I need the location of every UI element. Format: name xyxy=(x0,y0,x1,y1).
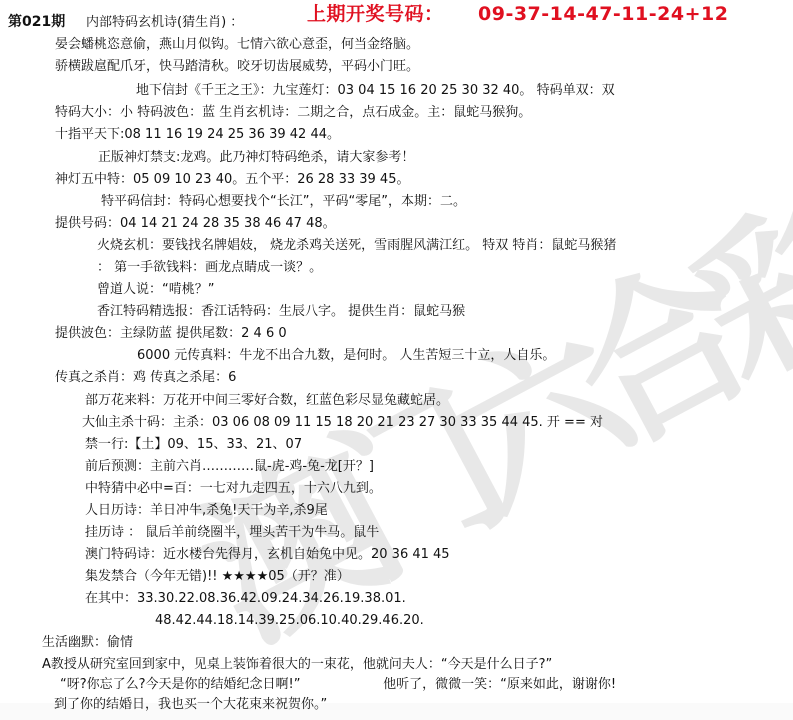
text-line: 澳门特码诗：近水楼台先得月，玄机自始兔中见。20 36 41 45 xyxy=(85,546,450,566)
humor-line: A教授从研究室回到家中，见桌上装饰着很大的一束花，他就问夫人：“今天是什么日子?… xyxy=(42,656,552,676)
text-line: 特平码信封：特码心想要找个“长江”，平码“零尾”，本期：二。 xyxy=(101,193,466,213)
text-line: 大仙主杀十码：主杀：03 06 08 09 11 15 18 20 21 23 … xyxy=(82,414,603,434)
text-line: 人日历诗：羊日冲牛,杀兔!天干为辛,杀9尾 xyxy=(85,502,328,522)
text-line: 火烧玄机：要钱找名牌娼妓， 烧龙杀鸡关送死，雪雨腥风满江红。 特双 特肖：鼠蛇马… xyxy=(97,237,616,257)
issue-number: 第021期 xyxy=(8,13,65,33)
poem-line: 晏会蟠桃恣意偷，燕山月似钩。七情六欲心意歪，何当金络脑。 xyxy=(55,36,419,56)
text-line: 曾道人说：“啃桃？” xyxy=(97,281,214,301)
text-line: 正版神灯禁支:龙鸡。此乃神灯特码绝杀，请大家参考！ xyxy=(98,149,414,169)
text-line: 部万花来料：万花开中间三零好合数，红蓝色彩尽显兔藏蛇居。 xyxy=(85,392,449,412)
text-line: 在其中：33.30.22.08.36.42.09.24.34.26.19.38.… xyxy=(85,590,406,610)
text-line: 香江特码精选报：香江话特码：生辰八字。 提供生肖：鼠蛇马猴 xyxy=(97,303,465,323)
text-line: 集发禁合（今年无错)!! ★★★★05（开？准） xyxy=(85,568,350,588)
text-line: 48.42.44.18.14.39.25.06.10.40.29.46.20. xyxy=(155,612,424,632)
text-line: ： 第一手欲钱料：画龙点睛成一谈？。 xyxy=(97,259,322,279)
text-line: 神灯五中特：05 09 10 23 40。五个平：26 28 33 39 45。 xyxy=(55,171,409,191)
text-line: 前后预测：主前六肖…………鼠-虎-鸡-兔-龙[开？] xyxy=(85,458,374,478)
text-line: 地下信封《千王之王》：九宝莲灯：03 04 15 16 20 25 30 32 … xyxy=(136,82,615,102)
text-line: 禁一行:【土】09、15、33、21、07 xyxy=(85,436,302,456)
text-line: 挂历诗 ： 鼠后羊前绕圈半，埋头苦干为牛马。鼠牛 xyxy=(85,524,379,544)
document-page: 澳门六合彩 第021期 内部特码玄机诗(猜生肖) ： 上期开奖号码： 09-37… xyxy=(0,0,793,720)
humor-line: 到了你的结婚日，我也买一个大花束来祝贺你。” xyxy=(54,696,327,716)
text-line: 中特猜中必中=百：一七对九走四五，十六八九到。 xyxy=(85,480,382,500)
poem-line: 骄横跋扈配爪牙，快马踏清秋。咬牙切齿展威势，平码小门旺。 xyxy=(55,58,419,78)
last-draw-numbers: 09-37-14-47-11-24+12 xyxy=(478,5,728,25)
poem-title: 内部特码玄机诗(猜生肖) ： xyxy=(86,14,243,34)
humor-title: 生活幽默：偷情 xyxy=(42,634,133,654)
text-line: 提供波色：主绿防蓝 提供尾数：2 4 6 0 xyxy=(55,325,287,345)
humor-line: “呀?你忘了么?今天是你的结婚纪念日啊!” 他听了，微微一笑：“原来如此，谢谢你… xyxy=(60,676,616,696)
text-line: 传真之杀肖：鸡 传真之杀尾：6 xyxy=(55,369,236,389)
text-line: 提供号码：04 14 21 24 28 35 38 46 47 48。 xyxy=(55,215,336,235)
text-line: 6000 元传真料：牛龙不出合九数，是何时。 人生苦短三十立，人自乐。 xyxy=(137,347,555,367)
text-line: 十指平天下:08 11 16 19 24 25 36 39 42 44。 xyxy=(55,126,340,146)
text-line: 特码大小：小 特码波色：蓝 生肖玄机诗：二期之合，点石成金。主：鼠蛇马猴狗。 xyxy=(55,104,531,124)
last-draw-label: 上期开奖号码： xyxy=(307,5,444,25)
